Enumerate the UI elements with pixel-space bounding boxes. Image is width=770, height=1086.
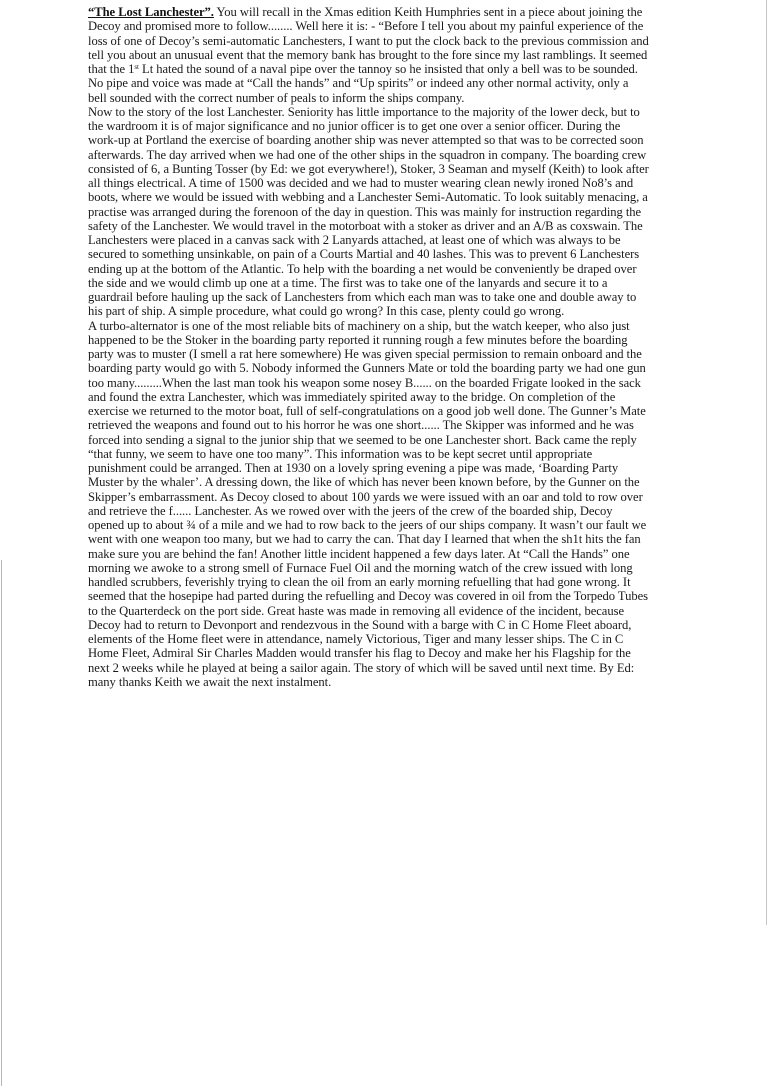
text-line: too many.........When the last man took … bbox=[88, 376, 728, 390]
text-line: opened up to about ¾ of a mile and we ha… bbox=[88, 518, 728, 532]
text-line: all things electrical. A time of 1500 wa… bbox=[88, 176, 728, 190]
text-line: secured to something unsinkable, on pain… bbox=[88, 247, 728, 261]
text-line: Muster by the whaler’. A dressing down, … bbox=[88, 475, 728, 489]
document-page: “The Lost Lanchester”. You will recall i… bbox=[0, 0, 770, 1086]
text-line: forced into sending a signal to the juni… bbox=[88, 433, 728, 447]
text-line: tell you about an unusual event that the… bbox=[88, 48, 728, 62]
text-line: guardrail before hauling up the sack of … bbox=[88, 290, 728, 304]
text-line: the side and we would climb up one at a … bbox=[88, 276, 728, 290]
text-line: practise was arranged during the forenoo… bbox=[88, 205, 728, 219]
text-line: and retrieve the f...... Lanchester. As … bbox=[88, 504, 728, 518]
text-line: the wardroom it is of major significance… bbox=[88, 119, 728, 133]
text-line: boarding party would go with 5. Nobody i… bbox=[88, 361, 728, 375]
text-line: safety of the Lanchester. We would trave… bbox=[88, 219, 728, 233]
text-line: loss of one of Decoy’s semi-automatic La… bbox=[88, 34, 728, 48]
text-line: “The Lost Lanchester”. You will recall i… bbox=[88, 5, 728, 19]
text-line: Decoy and promised more to follow.......… bbox=[88, 19, 728, 33]
text-line: afterwards. The day arrived when we had … bbox=[88, 148, 728, 162]
text-line: handled scrubbers, feverishly trying to … bbox=[88, 575, 728, 589]
text-line: consisted of 6, a Bunting Tosser (by Ed:… bbox=[88, 162, 728, 176]
text-line: ending up at the bottom of the Atlantic.… bbox=[88, 262, 728, 276]
scan-edge-left bbox=[1, 560, 2, 1086]
text-line: morning we awoke to a strong smell of Fu… bbox=[88, 561, 728, 575]
text-line: retrieved the weapons and found out to h… bbox=[88, 418, 728, 432]
text-line: Now to the story of the lost Lanchester.… bbox=[88, 105, 728, 119]
text-line: Lanchesters were placed in a canvas sack… bbox=[88, 233, 728, 247]
article-body: “The Lost Lanchester”. You will recall i… bbox=[88, 5, 728, 703]
text-line bbox=[88, 689, 728, 703]
text-line: “that funny, we seem to have one too man… bbox=[88, 447, 728, 461]
text-line: his part of ship. A simple procedure, wh… bbox=[88, 304, 728, 318]
text-line: to the Quarterdeck on the port side. Gre… bbox=[88, 604, 728, 618]
text-line: party was to muster (I smell a rat here … bbox=[88, 347, 728, 361]
scan-edge-right bbox=[766, 0, 767, 925]
text-line: elements of the Home fleet were in atten… bbox=[88, 632, 728, 646]
text-line: boots, where we would be issued with web… bbox=[88, 190, 728, 204]
text-line: Skipper’s embarrassment. As Decoy closed… bbox=[88, 490, 728, 504]
text-line: No pipe and voice was made at “Call the … bbox=[88, 76, 728, 90]
text-line: make sure you are behind the fan! Anothe… bbox=[88, 547, 728, 561]
article-title: “The Lost Lanchester”. bbox=[88, 5, 214, 19]
text-line: Home Fleet, Admiral Sir Charles Madden w… bbox=[88, 646, 728, 660]
text-line: work-up at Portland the exercise of boar… bbox=[88, 133, 728, 147]
text-line: that the 1st Lt hated the sound of a nav… bbox=[88, 62, 728, 76]
text-line: Decoy had to return to Devonport and ren… bbox=[88, 618, 728, 632]
text-line: seemed that the hosepipe had parted duri… bbox=[88, 589, 728, 603]
text-line: went with one weapon too many, but we ha… bbox=[88, 532, 728, 546]
text-line: exercise we returned to the motor boat, … bbox=[88, 404, 728, 418]
text-line: many thanks Keith we await the next inst… bbox=[88, 675, 728, 689]
text-line: bell sounded with the correct number of … bbox=[88, 91, 728, 105]
text-line: punishment could be arranged. Then at 19… bbox=[88, 461, 728, 475]
text-line: and found the extra Lanchester, which wa… bbox=[88, 390, 728, 404]
text-line: next 2 weeks while he played at being a … bbox=[88, 661, 728, 675]
text-line: happened to be the Stoker in the boardin… bbox=[88, 333, 728, 347]
text-line: A turbo-alternator is one of the most re… bbox=[88, 319, 728, 333]
